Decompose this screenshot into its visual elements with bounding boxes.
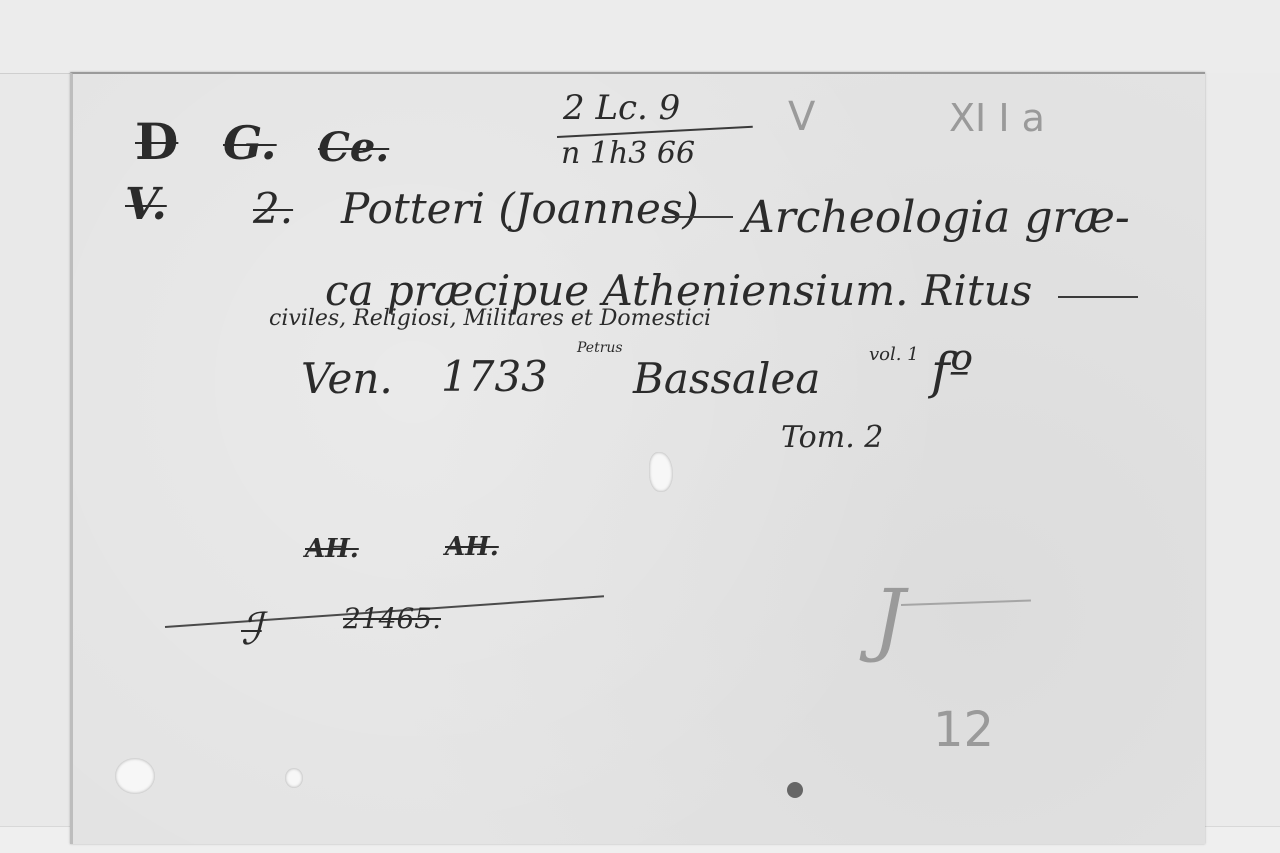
author-name: Potteri (Joannes): [341, 184, 699, 233]
title-line-3: civiles, Religiosi, Militares et Domesti…: [269, 306, 711, 331]
pencil-number: 12: [933, 702, 994, 758]
imprint-format: fº: [931, 342, 973, 400]
scan-backing-top: [0, 0, 1280, 74]
entry-number: 2.: [253, 184, 293, 233]
imprint-year: 1733: [441, 352, 548, 401]
ink-spot: [787, 782, 803, 798]
paper-tear: [649, 452, 673, 492]
corner-code-v: V.: [125, 179, 167, 230]
struck-mark-3: 21465.: [343, 602, 441, 635]
imprint-printer: Bassalea: [633, 354, 820, 403]
scan-backing-right: [1200, 73, 1280, 853]
imprint-format-note: vol. 1: [869, 344, 919, 365]
shelfmark-top: 2 Lc. 9: [563, 88, 680, 128]
title-line-1: Archeologia græ-: [743, 192, 1130, 243]
corner-code-g: G.: [223, 116, 277, 170]
author-title-dash: [663, 216, 733, 218]
pencil-mark-v: V: [788, 94, 815, 140]
imprint-printer-prefix: Petrus: [577, 340, 623, 356]
punch-hole-small: [285, 768, 303, 788]
pencil-mark-xiia: XI I a: [949, 96, 1045, 140]
corner-code-d: D: [135, 112, 178, 171]
volume-label: Tom. 2: [781, 420, 883, 455]
catalog-card: D G. Ce. V. 2 Lc. 9 n 1h3 66 V XI I a 2.…: [70, 72, 1205, 844]
corner-code-ce: Ce.: [318, 124, 389, 171]
struck-mark-flourish: ℐ: [241, 604, 262, 655]
imprint-place: Ven.: [301, 354, 393, 403]
struck-mark-2: AH.: [445, 532, 499, 562]
ritus-underline: [1058, 296, 1138, 298]
shelfmark-bottom: n 1h3 66: [561, 136, 695, 171]
pencil-flourish: J: [873, 572, 905, 665]
struck-mark-1: AH.: [305, 534, 359, 564]
pencil-flourish-tail: [901, 599, 1031, 605]
punch-hole-large: [115, 758, 155, 794]
